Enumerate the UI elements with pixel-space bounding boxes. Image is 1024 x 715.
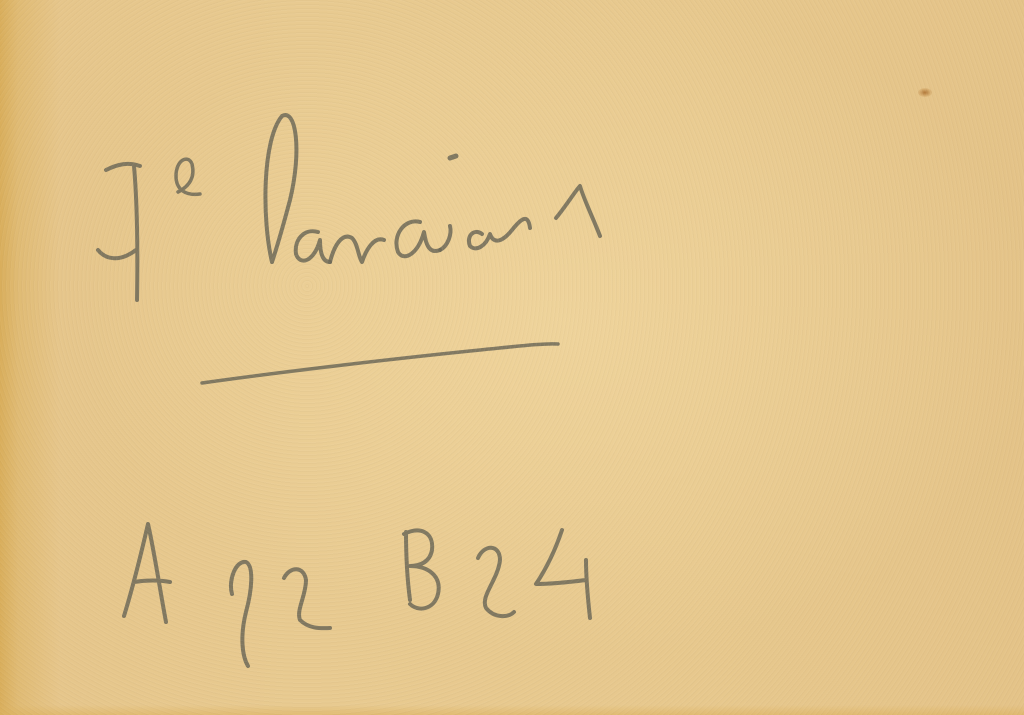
pencil-handwriting (0, 0, 1024, 715)
handwriting-underline (202, 344, 558, 383)
handwriting-line-1 (98, 115, 600, 300)
aged-paper: Jde lanaias A 92 B24 (0, 0, 1024, 715)
handwriting-line-2 (124, 524, 590, 666)
